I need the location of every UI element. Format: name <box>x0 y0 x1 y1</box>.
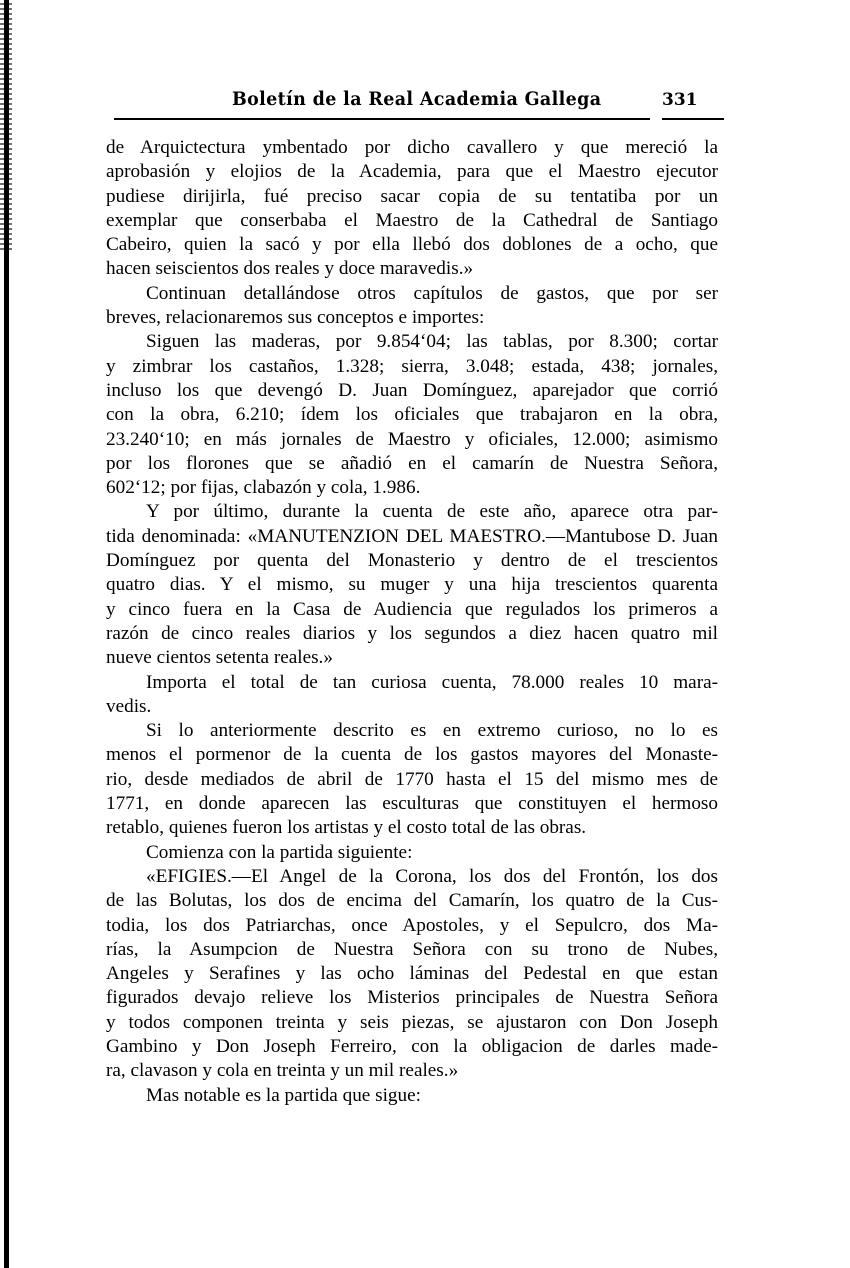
page-number: 331 <box>662 90 698 110</box>
text-line: con la obra, 6.210; ídem los oficiales q… <box>106 403 718 427</box>
text-line: rías, la Asumpcion de Nuestra Señora con… <box>106 938 718 962</box>
header-rule-page-number <box>662 118 724 120</box>
text-line: breves, relacionaremos sus conceptos e i… <box>106 306 718 330</box>
text-line: quatro dias. Y el mismo, su muger y una … <box>106 573 718 597</box>
text-line: vedis. <box>106 695 718 719</box>
text-line: Domínguez por quenta del Monasterio y de… <box>106 549 718 573</box>
text-line: Importa el total de tan curiosa cuenta, … <box>106 671 718 695</box>
text-line: Comienza con la partida siguiente: <box>106 841 718 865</box>
text-line: Mas notable es la partida que sigue: <box>106 1084 718 1108</box>
text-line: razón de cinco reales diarios y los segu… <box>106 622 718 646</box>
text-line: tida denominada: «MANUTENZION DEL MAESTR… <box>106 525 718 549</box>
text-line: nueve cientos setenta reales.» <box>106 646 718 670</box>
page-binding-edge <box>4 0 9 1268</box>
text-line: y todos componen treinta y seis piezas, … <box>106 1011 718 1035</box>
text-line: Siguen las maderas, por 9.854‘04; las ta… <box>106 330 718 354</box>
body-text: de Arquictectura ymbentado por dicho cav… <box>106 136 718 1108</box>
text-line: 602‘12; por fijas, clabazón y cola, 1.98… <box>106 476 718 500</box>
text-line: menos el pormenor de la cuenta de los ga… <box>106 743 718 767</box>
text-line: rio, desde mediados de abril de 1770 has… <box>106 768 718 792</box>
page-header: Boletín de la Real Academia Gallega 331 <box>114 88 728 120</box>
text-line: de Arquictectura ymbentado por dicho cav… <box>106 136 718 160</box>
text-line: incluso los que devengó D. Juan Domíngue… <box>106 379 718 403</box>
text-line: Si lo anteriormente descrito es en extre… <box>106 719 718 743</box>
text-line: Cabeiro, quien la sacó y por ella llebó … <box>106 233 718 257</box>
text-line: Angeles y Serafines y las ocho láminas d… <box>106 962 718 986</box>
text-line: Continuan detallándose otros capítulos d… <box>106 282 718 306</box>
text-line: todia, los dos Patriarchas, once Apostol… <box>106 914 718 938</box>
text-line: y zimbrar los castaños, 1.328; sierra, 3… <box>106 355 718 379</box>
text-line: exemplar que conserbaba el Maestro de la… <box>106 209 718 233</box>
text-line: «EFIGIES.—El Angel de la Corona, los dos… <box>106 865 718 889</box>
text-line: de las Bolutas, los dos de encima del Ca… <box>106 889 718 913</box>
header-rule <box>114 118 650 120</box>
text-line: ra, clavason y cola en treinta y un mil … <box>106 1059 718 1083</box>
text-line: por los florones que se añadió en el cam… <box>106 452 718 476</box>
text-line: hacen seiscientos dos reales y doce mara… <box>106 257 718 281</box>
text-line: retablo, quienes fueron los artistas y e… <box>106 816 718 840</box>
text-line: 1771, en donde aparecen las esculturas q… <box>106 792 718 816</box>
text-line: Y por último, durante la cuenta de este … <box>106 500 718 524</box>
running-title: Boletín de la Real Academia Gallega <box>232 88 601 110</box>
text-line: figurados devajo relieve los Misterios p… <box>106 986 718 1010</box>
text-line: aprobasión y elojios de la Academia, par… <box>106 160 718 184</box>
text-line: y cinco fuera en la Casa de Audiencia qu… <box>106 598 718 622</box>
text-line: pudiese dirijirla, fué preciso sacar cop… <box>106 185 718 209</box>
text-line: 23.240‘10; en más jornales de Maestro y … <box>106 428 718 452</box>
text-line: Gambino y Don Joseph Ferreiro, con la ob… <box>106 1035 718 1059</box>
